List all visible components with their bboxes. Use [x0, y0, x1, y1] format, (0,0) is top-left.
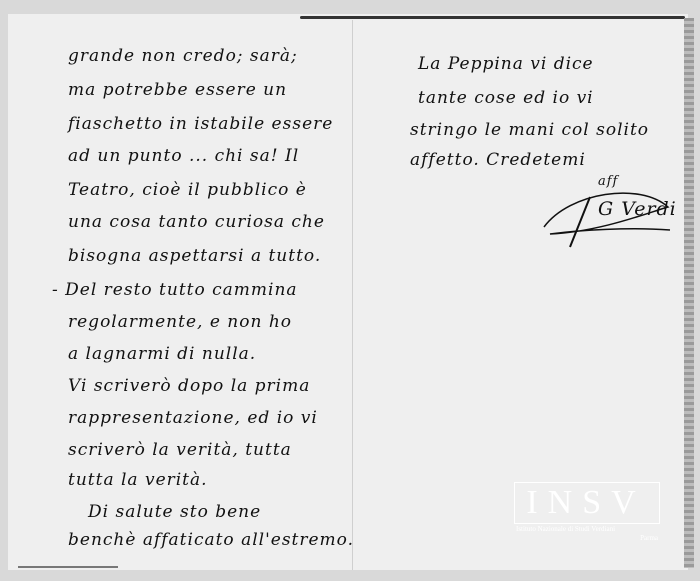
handwritten-line: ad un punto ... chi sa! Il [68, 146, 299, 166]
paper-right-edge [684, 18, 694, 568]
handwritten-line: bisogna aspettarsi a tutto. [68, 246, 321, 266]
watermark-institution-name: Istituto Nazionale di Studi Verdiani [516, 525, 615, 533]
institution-watermark: INSV Istituto Nazionale di Studi Verdian… [514, 482, 658, 540]
watermark-city: Parma [640, 534, 658, 542]
handwritten-line: regolarmente, e non ho [68, 312, 292, 332]
watermark-letters: INSV [514, 484, 658, 522]
handwritten-line: a lagnarmi di nulla. [68, 344, 256, 364]
handwritten-line: scriverò la verità, tutta [68, 440, 292, 460]
signature: G Verdi [540, 172, 680, 256]
handwritten-line: rappresentazione, ed io vi [68, 408, 318, 428]
handwritten-line: Di salute sto bene [88, 502, 261, 522]
handwritten-line: fiaschetto in istabile essere [68, 114, 333, 134]
signature-name: G Verdi [598, 198, 677, 220]
handwritten-line: tutta la verità. [68, 470, 208, 490]
handwritten-line: benchè affaticato all'estremo. [68, 530, 354, 550]
paper-bottom-mark [18, 566, 118, 568]
paper-edge-line [300, 16, 685, 19]
handwritten-line: La Peppina vi dice [418, 54, 594, 74]
handwritten-line: tante cose ed io vi [418, 88, 594, 108]
handwritten-line: affetto. Credetemi [410, 150, 586, 170]
handwritten-line: Vi scriverò dopo la prima [68, 376, 310, 396]
handwritten-line: grande non credo; sarà; [68, 46, 298, 66]
handwritten-line: stringo le mani col solito [410, 120, 649, 140]
handwritten-line: - Del resto tutto cammina [52, 280, 298, 300]
handwritten-line: una cosa tanto curiosa che [68, 212, 325, 232]
handwritten-line: Teatro, cioè il pubblico è [68, 180, 307, 200]
page-fold [352, 20, 353, 570]
handwritten-line: ma potrebbe essere un [68, 80, 287, 100]
